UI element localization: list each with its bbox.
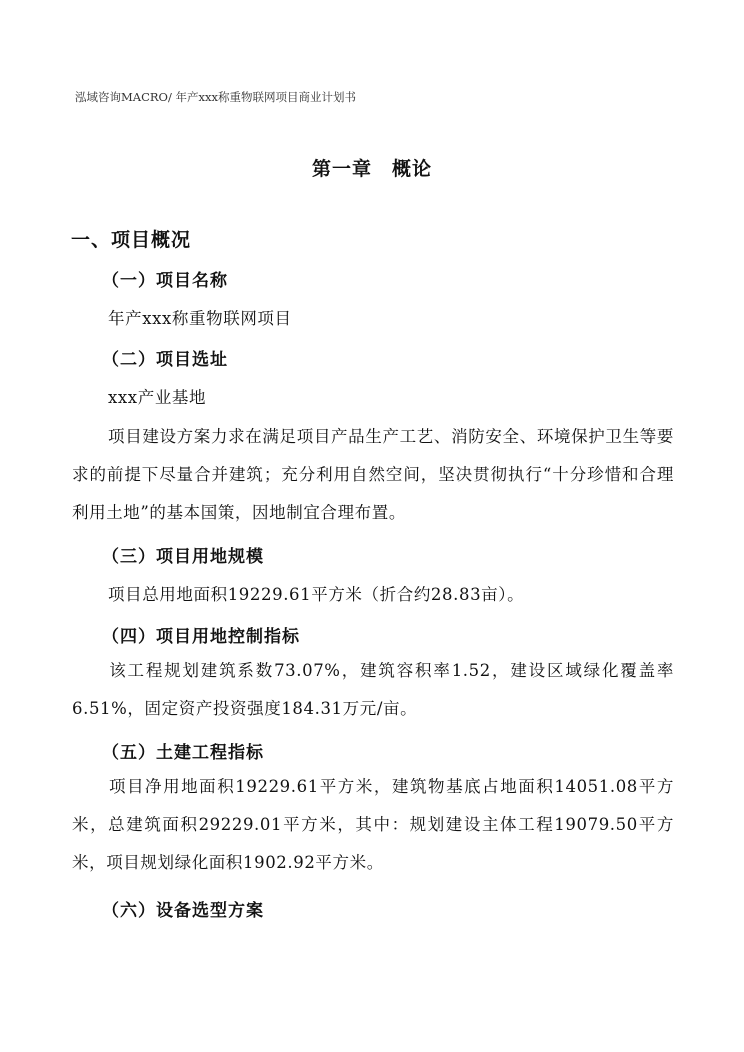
chapter-title: 第一章 概论: [0, 154, 744, 181]
site-text: xxx产业基地: [108, 384, 206, 408]
civil-engineering-text: 项目净用地面积19229.61平方米，建筑物基底占地面积14051.08平方米，…: [72, 777, 674, 872]
land-control-text: 该工程规划建筑系数73.07%，建筑容积率1.52，建设区域绿化覆盖率6.51%…: [72, 661, 674, 718]
subsection-heading-civil-engineering: （五）土建工程指标: [102, 738, 264, 763]
site-description-text: 项目建设方案力求在满足项目产品生产工艺、消防安全、环境保护卫生等要求的前提下尽量…: [72, 427, 674, 522]
document-page: 泓域咨询MACRO/ 年产xxx称重物联网项目商业计划书 第一章 概论 一、项目…: [0, 0, 744, 1052]
running-header: 泓域咨询MACRO/ 年产xxx称重物联网项目商业计划书: [75, 89, 356, 105]
land-scale-text: 项目总用地面积19229.61平方米（折合约28.83亩）。: [108, 581, 524, 605]
civil-engineering-paragraph: 项目净用地面积19229.61平方米，建筑物基底占地面积14051.08平方米，…: [72, 768, 674, 882]
subsection-heading-equipment: （六）设备选型方案: [102, 896, 264, 921]
subsection-heading-land-scale: （三）项目用地规模: [102, 542, 264, 567]
subsection-heading-site: （二）项目选址: [102, 345, 228, 370]
project-name-text: 年产xxx称重物联网项目: [108, 305, 292, 329]
site-description-paragraph: 项目建设方案力求在满足项目产品生产工艺、消防安全、环境保护卫生等要求的前提下尽量…: [72, 418, 674, 532]
subsection-heading-land-control: （四）项目用地控制指标: [102, 622, 300, 647]
section-heading: 一、项目概况: [71, 225, 191, 252]
subsection-heading-project-name: （一）项目名称: [102, 266, 228, 291]
land-control-paragraph: 该工程规划建筑系数73.07%，建筑容积率1.52，建设区域绿化覆盖率6.51%…: [72, 652, 674, 728]
